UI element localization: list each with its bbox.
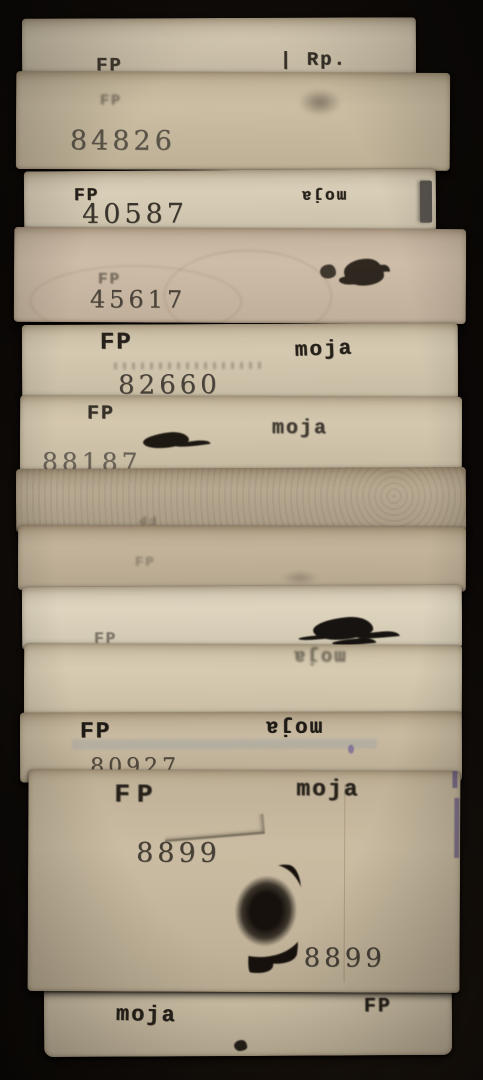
moja-stamp: moja — [300, 187, 347, 203]
moja-stamp: moja — [296, 778, 359, 801]
serial-number-stamp: 8899 — [304, 945, 386, 971]
purple-ink-dot — [348, 745, 354, 754]
ink-blot — [320, 264, 336, 278]
serial-number-stamp: 40587 — [82, 200, 188, 228]
fp-stamp: FP — [364, 997, 392, 1017]
photo-card: moja — [24, 643, 462, 720]
ink-spot — [234, 1040, 247, 1051]
ink-smudge — [298, 88, 342, 116]
serial-number-stamp: 45617 — [90, 287, 186, 312]
photo-card: FP — [22, 585, 462, 650]
moja-stamp: moja — [292, 646, 346, 665]
fp-stamp: FP — [100, 93, 122, 108]
photo-card: FP | Rp. — [22, 17, 416, 78]
photo-card: FP moja 82660 — [22, 323, 458, 402]
blue-band-mark — [72, 739, 377, 750]
purple-ink-mark — [454, 798, 459, 858]
ink-blot — [219, 859, 314, 964]
fp-stamp: FP — [135, 556, 156, 570]
moja-stamp: moja — [272, 419, 328, 439]
ink-smudge — [281, 570, 319, 585]
photo-of-card-stack: FP | Rp. FP 84826 FP 40587 moja FP 45617… — [0, 0, 483, 1080]
moja-stamp: moja — [295, 338, 354, 361]
photo-card: FP moja 8899 8899 — [28, 769, 461, 993]
photo-card: FP 84826 — [16, 71, 450, 171]
fp-stamp: FP — [87, 404, 115, 424]
faint-circular-stamp — [164, 250, 332, 325]
ink-mark — [420, 181, 432, 223]
rp-stamp: | Rp. — [280, 51, 347, 70]
photo-card: FP 45617 — [14, 227, 466, 324]
photo-card: FP 40587 moja — [24, 169, 436, 235]
fp-stamp: FP — [114, 781, 159, 807]
ink-blot — [312, 615, 373, 641]
ink-smudge — [114, 362, 264, 370]
ink-blot — [142, 430, 189, 450]
photo-card: FP moja 88187 — [20, 395, 462, 474]
ink-blot — [344, 259, 384, 286]
moja-stamp: moja — [116, 1004, 177, 1027]
fp-stamp: FP — [137, 513, 157, 526]
serial-number-stamp: 82660 — [118, 372, 221, 398]
photo-card: FP — [18, 525, 466, 592]
serial-number-stamp: 84826 — [70, 127, 176, 154]
purple-ink-mark — [452, 771, 457, 788]
photo-card: FP — [16, 467, 466, 533]
moja-stamp: moja — [264, 716, 322, 737]
serial-number-stamp: 8899 — [136, 840, 221, 867]
fp-stamp: FP — [100, 331, 133, 355]
